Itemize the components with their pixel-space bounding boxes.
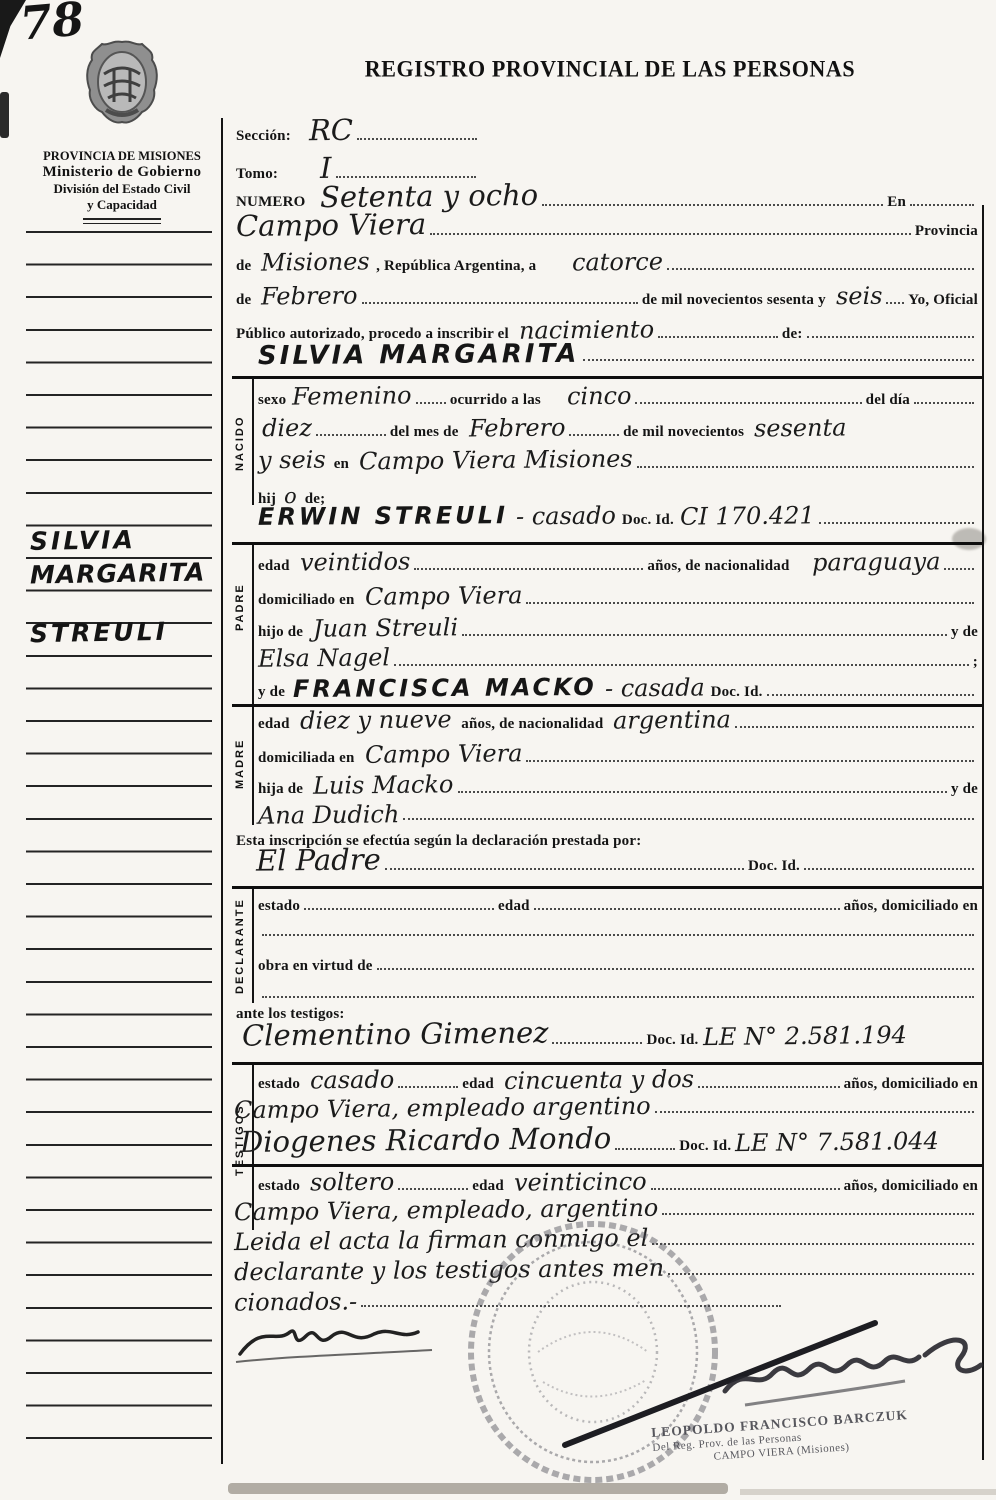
- madre-edad-label: edad: [258, 716, 290, 733]
- testigo1-row-domicilio: Campo Viera, empleado argentino: [234, 1098, 978, 1118]
- separator-testigo2: [232, 1164, 982, 1167]
- del-mes-label: del mes de: [390, 424, 459, 441]
- testigo1-domicilio: Campo Viera, empleado argentino: [234, 1096, 651, 1121]
- del-dia-label: del día: [866, 392, 910, 409]
- madre-nombre: FRANCISCA MACKO: [293, 677, 597, 700]
- declarante-inner-line: [252, 889, 254, 1003]
- testigo1-edad-label: edad: [462, 1076, 494, 1093]
- office-header: PROVINCIA DE MISIONES Ministerio de Gobi…: [24, 40, 220, 224]
- de-label-2: de: [236, 292, 251, 309]
- madre-abuela: Ana Dudich: [258, 804, 400, 826]
- separator-padre: [232, 542, 982, 545]
- y-de-label-2: y de: [258, 684, 285, 701]
- declarante-estado-label: estado: [258, 898, 300, 915]
- testigo2-edad-label: edad: [472, 1178, 504, 1195]
- padre-doc-label: Doc. Id.: [622, 512, 674, 529]
- testigo2-nombre: Diogenes Ricardo Mondo: [240, 1126, 612, 1155]
- seccion-value: RC: [309, 118, 353, 143]
- testigo2-edad: veinticinco: [514, 1171, 647, 1193]
- padre-nac-label: años, de nacionalidad: [647, 558, 789, 575]
- inscripto-nombre: SILVIA MARGARITA: [258, 343, 580, 367]
- testigo1-nombre-row: Clementino Gimenez Doc. Id. LE N° 2.581.…: [236, 1022, 978, 1049]
- declarante-doc-label: Doc. Id.: [748, 858, 800, 875]
- anio-label: de mil novecientos sesenta y: [642, 292, 826, 309]
- office-province: PROVINCIA DE MISIONES: [24, 149, 220, 164]
- hora-value: cinco: [567, 386, 632, 407]
- madre-doc-label: Doc. Id.: [711, 684, 763, 701]
- birth-certificate-scan: 78 PROVINCIA DE MISIONES Ministerio de G…: [0, 0, 996, 1500]
- sexo-label: sexo: [258, 392, 286, 409]
- section-label-nacido: NACIDO: [229, 382, 251, 504]
- testigo2-row-estado: estado soltero edad veinticinco años, do…: [258, 1172, 978, 1195]
- document-title: REGISTRO PROVINCIAL DE LAS PERSONAS: [300, 55, 920, 82]
- declarante-blank-row-2: [258, 994, 978, 1003]
- testigo1-doc-label: Doc. Id.: [646, 1032, 698, 1049]
- padre-abuela: Elsa Nagel: [258, 647, 390, 669]
- nacido-row-dia: diez del mes de Febrero de mil novecient…: [258, 418, 978, 441]
- office-ministry: Ministerio de Gobierno: [24, 164, 220, 181]
- testigo1-doc-value: LE N° 2.581.194: [702, 1025, 906, 1048]
- section-label-declarante: DECLARANTE: [229, 890, 251, 1002]
- madre-nac-label: años, de nacionalidad: [461, 716, 603, 733]
- punto-coma-label: ;: [973, 654, 978, 671]
- madre-inner-line: [252, 707, 254, 825]
- declarante-blank-row: [258, 932, 978, 941]
- madre-row-abuelo: hija de Luis Macko y de: [258, 775, 978, 798]
- nacido-mes-value: Febrero: [468, 417, 565, 438]
- madre-estado-civil: - casada: [605, 677, 705, 698]
- field-seccion: Sección: RC: [236, 118, 978, 145]
- testigo1-edad: cincuenta y dos: [504, 1069, 694, 1091]
- testigo2-doc-value: LE N° 7.581.044: [735, 1131, 939, 1154]
- nacido-row-sexo: sexo Femenino ocurrido a las cinco del d…: [258, 386, 978, 409]
- ink-smudge: [952, 528, 986, 550]
- acto-value: nacimiento: [519, 319, 654, 341]
- anio-value: seis: [836, 286, 883, 307]
- separator-testigo1: [232, 1062, 982, 1065]
- padre-estado-civil: - casado: [516, 505, 616, 526]
- hijo-de-label: hijo de: [258, 624, 303, 641]
- mes-value: Febrero: [261, 285, 358, 306]
- office-underline: [83, 218, 161, 224]
- testigo1-estado: casado: [310, 1070, 394, 1091]
- padre-row-abuelo: hijo de Juan Streuli y de: [258, 618, 978, 641]
- scan-edge-artifact: [0, 92, 9, 138]
- nacido-lugar-value: Campo Viera Misiones: [359, 449, 633, 472]
- padre-domicilio: Campo Viera: [364, 585, 522, 607]
- madre-row-edad: edad diez y nueve años, de nacionalidad …: [258, 710, 978, 733]
- testigo1-dom-label: años, domiciliado en: [844, 1076, 978, 1093]
- coat-of-arms-icon: [84, 40, 160, 138]
- margin-ruled-lines: [26, 231, 212, 1463]
- madre-edad-value: diez y nueve: [300, 709, 452, 731]
- y-de-label-1: y de: [951, 624, 978, 641]
- field-provincia: de Misiones , República Argentina, a cat…: [236, 252, 978, 275]
- section-label-padre: PADRE: [229, 548, 251, 666]
- de-dos-label: de:: [782, 326, 803, 343]
- declarante-nombre-row: El Padre Doc. Id.: [236, 848, 978, 875]
- seccion-label: Sección:: [236, 128, 291, 145]
- nacido-anio-value: sesenta: [754, 418, 847, 439]
- de-label-1: de: [236, 258, 251, 275]
- declarante-dom-label: años, domiciliado en: [844, 898, 978, 915]
- separator-nacido: [232, 376, 982, 379]
- tomo-value: I: [320, 156, 332, 181]
- madre-nombre-row: y de FRANCISCA MACKO - casada Doc. Id.: [258, 678, 978, 701]
- sexo-value: Femenino: [292, 385, 412, 407]
- testigo2-estado: soltero: [310, 1172, 394, 1193]
- madre-row-abuela: Ana Dudich: [258, 805, 978, 825]
- nacido-row-lugar: y seis en Campo Viera Misiones: [258, 450, 978, 473]
- padre-row-edad: edad veintidos años, de nacionalidad par…: [258, 552, 978, 575]
- testigo2-estado-label: estado: [258, 1178, 300, 1195]
- ocurrido-label: ocurrido a las: [450, 392, 541, 409]
- republica-label: , República Argentina, a: [376, 258, 536, 275]
- margin-divider-line: [221, 118, 223, 1464]
- provincia-label: Provincia: [915, 223, 978, 240]
- declarante-row-obra: obra en virtud de: [258, 958, 978, 975]
- testigo2-nombre-row: Diogenes Ricardo Mondo Doc. Id. LE N° 7.…: [240, 1128, 978, 1155]
- padre-row-domicilio: domiciliado en Campo Viera: [258, 586, 978, 609]
- testigo2-doc-label: Doc. Id.: [679, 1138, 731, 1155]
- de-mil-label: de mil novecientos: [623, 424, 744, 441]
- padre-row-abuela: Elsa Nagel ;: [258, 648, 978, 671]
- padre-abuelo: Juan Streuli: [313, 617, 458, 639]
- testigo1-estado-label: estado: [258, 1076, 300, 1093]
- madre-domicilio: Campo Viera: [364, 743, 522, 765]
- obra-label: obra en virtud de: [258, 958, 373, 975]
- lugar-value: Campo Viera: [236, 212, 426, 239]
- tomo-label: Tomo:: [236, 166, 278, 183]
- hija-de-label: hija de: [258, 781, 303, 798]
- padre-doc-value: CI 170.421: [680, 505, 815, 527]
- scan-bottom-band-2: [740, 1489, 996, 1495]
- en-min-label: en: [334, 456, 349, 473]
- declarante-value: El Padre: [256, 847, 381, 873]
- nacido-anio2-value: y seis: [258, 450, 326, 471]
- nacido-inner-line: [252, 378, 254, 505]
- margin-name-line-1: SILVIA: [30, 525, 136, 556]
- en-label: En: [887, 194, 906, 211]
- padre-nacionalidad: paraguaya: [811, 551, 940, 573]
- margin-name-line-2: MARGARITA: [30, 557, 206, 589]
- dia-value: catorce: [572, 252, 663, 273]
- padre-nombre-row: ERWIN STREULI - casado Doc. Id. CI 170.4…: [258, 506, 978, 529]
- yo-oficial-label: Yo, Oficial: [908, 292, 978, 309]
- madre-abuelo: Luis Macko: [313, 774, 454, 796]
- nacido-dia-value: diez: [262, 418, 312, 439]
- field-lugar: Campo Viera Provincia: [236, 213, 978, 240]
- separator-declarante: [232, 886, 982, 889]
- padre-inner-line: [252, 545, 254, 705]
- y-de-label-3: y de: [951, 781, 978, 798]
- madre-dom-label: domiciliada en: [258, 750, 355, 767]
- declarante-row-estado: estado edad años, domiciliado en: [258, 898, 978, 915]
- testigo2-dom-label: años, domiciliado en: [844, 1178, 978, 1195]
- declarante-edad-label: edad: [498, 898, 530, 915]
- office-division: División del Estado Civil: [24, 181, 220, 197]
- margin-name-line-3: STREULI: [30, 617, 168, 648]
- padre-dom-label: domiciliado en: [258, 592, 355, 609]
- field-inscripto: SILVIA MARGARITA: [236, 344, 978, 366]
- testigo1-row-estado: estado casado edad cincuenta y dos años,…: [258, 1070, 978, 1093]
- right-border-line: [982, 205, 984, 1460]
- padre-edad-label: edad: [258, 558, 290, 575]
- numero-value: Setenta y ocho: [319, 183, 537, 210]
- madre-nacionalidad: argentina: [613, 709, 731, 731]
- provincia-value: Misiones: [261, 251, 370, 273]
- madre-row-domicilio: domiciliada en Campo Viera: [258, 744, 978, 767]
- padre-edad-value: veintidos: [300, 551, 411, 573]
- field-fecha: de Febrero de mil novecientos sesenta y …: [236, 286, 978, 309]
- padre-nombre: ERWIN STREULI: [258, 505, 508, 527]
- office-division-2: y Capacidad: [24, 197, 220, 213]
- testigo1-nombre: Clementino Gimenez: [242, 1020, 549, 1048]
- section-label-madre: MADRE: [229, 708, 251, 820]
